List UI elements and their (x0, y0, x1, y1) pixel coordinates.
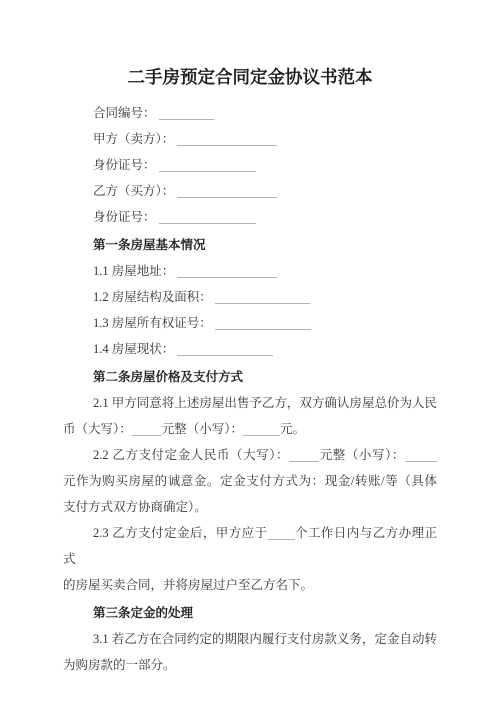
blank-underline (159, 107, 214, 120)
form-field: 1.3 房屋所有权证号： (63, 310, 437, 336)
blank-underline (132, 423, 162, 436)
field-label: 乙方（买方）： (93, 184, 174, 198)
text-segment: 2.3 乙方支付定金后，甲方应于 (93, 526, 268, 540)
blank-underline (159, 211, 256, 224)
form-field: 身份证号： (63, 152, 437, 178)
form-field: 1.2 房屋结构及面积： (63, 284, 437, 310)
document-title: 二手房预定合同定金协议书范本 (63, 64, 437, 90)
paragraph-line: 为购房款的一部分。 (63, 652, 437, 678)
blank-underline (177, 343, 273, 356)
paragraph-line: 支付方式双方协商确定）。 (63, 494, 437, 520)
section-heading: 第三条定金的处理 (63, 600, 437, 626)
blank-underline (177, 133, 277, 146)
blank-underline (289, 449, 319, 462)
paragraph-line: 元作为购买房屋的诚意金。定金支付方式为：现金/转账/等（具体 (63, 468, 437, 494)
paragraph-line: 币（大写）：元整（小写）：元。 (63, 416, 437, 442)
field-label: 1.4 房屋现状： (93, 342, 174, 356)
blank-underline (159, 159, 256, 172)
text-segment: 元作为购买房屋的诚意金。定金支付方式为：现金/转账/等（具体 (63, 474, 437, 488)
form-field: 1.1 房屋地址： (63, 258, 437, 284)
paragraph-line: 2.1 甲方同意将上述房屋出售予乙方，双方确认房屋总价为人民 (63, 390, 437, 416)
blank-underline (243, 423, 280, 436)
paragraph-line: 2.2 乙方支付定金人民币（大写）：元整（小写）： (63, 442, 437, 468)
text-segment: 元整（小写）： (319, 448, 405, 462)
blank-underline (405, 449, 437, 462)
text-segment: 为购房款的一部分。 (63, 658, 176, 672)
field-label: 身份证号： (93, 158, 156, 172)
form-field: 甲方（卖方）： (63, 126, 437, 152)
text-segment: 元。 (280, 422, 305, 436)
field-label: 1.2 房屋结构及面积： (93, 290, 212, 304)
blank-underline (268, 527, 295, 540)
section-heading: 第一条房屋基本情况 (63, 232, 437, 258)
field-label: 1.3 房屋所有权证号： (93, 316, 212, 330)
text-segment: 支付方式双方协商确定）。 (63, 500, 207, 514)
text-segment: 元整（小写）： (162, 422, 243, 436)
blank-underline (177, 185, 277, 198)
blank-underline (215, 317, 311, 330)
text-segment: 3.1 若乙方在合同约定的期限内履行支付房款义务，定金自动转 (93, 632, 437, 646)
paragraph-line: 的房屋买卖合同，并将房屋过户至乙方名下。 (63, 572, 437, 598)
contract-document-page: 二手房预定合同定金协议书范本 合同编号：甲方（卖方）：身份证号：乙方（买方）：身… (0, 0, 500, 707)
text-segment: 的房屋买卖合同，并将房屋过户至乙方名下。 (63, 578, 313, 592)
section-heading: 第二条房屋价格及支付方式 (63, 364, 437, 390)
blank-underline (215, 291, 310, 304)
field-label: 1.1 房屋地址： (93, 264, 174, 278)
form-field: 合同编号： (63, 100, 437, 126)
paragraph-line: 3.1 若乙方在合同约定的期限内履行支付房款义务，定金自动转 (63, 626, 437, 652)
paragraph-line: 2.3 乙方支付定金后，甲方应于个工作日内与乙方办理正式 (63, 520, 437, 572)
blank-underline (177, 265, 277, 278)
field-label: 身份证号： (93, 210, 156, 224)
text-segment: 2.2 乙方支付定金人民币（大写）： (93, 448, 289, 462)
text-segment: 2.1 甲方同意将上述房屋出售予乙方，双方确认房屋总价为人民 (93, 396, 437, 410)
document-content: 合同编号：甲方（卖方）：身份证号：乙方（买方）：身份证号：第一条房屋基本情况1.… (63, 100, 437, 678)
text-segment: 币（大写）： (63, 422, 132, 436)
form-field: 身份证号： (63, 204, 437, 230)
form-field: 1.4 房屋现状： (63, 336, 437, 362)
field-label: 甲方（卖方）： (93, 132, 174, 146)
field-label: 合同编号： (93, 106, 156, 120)
form-field: 乙方（买方）： (63, 178, 437, 204)
